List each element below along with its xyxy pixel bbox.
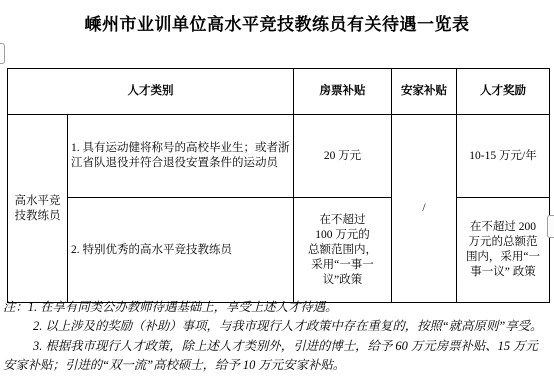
row1-category-cell: 1. 具有运动健将称号的高校毕业生；或者浙 江省队退役并符合退役安置条件的运动员 — [68, 115, 294, 198]
header-row: 人才类别 房票补贴 安家补贴 人才奖励 — [8, 69, 550, 115]
body-row-2: 2. 特别优秀的高水平竞技教练员 在不超过 100 万元的 总额范围内， 采用“… — [8, 198, 550, 303]
body-row-1: 高水平竞 技教练员 1. 具有运动健将称号的高校毕业生；或者浙 江省队退役并符合… — [8, 115, 550, 198]
header-housing-subsidy: 房票补贴 — [294, 69, 392, 115]
left-scrollbar-thumb[interactable] — [0, 43, 5, 64]
row1-housing-cell: 20 万元 — [294, 115, 392, 198]
group-label-cell: 高水平竞 技教练员 — [8, 115, 68, 303]
row2-housing-cell: 在不超过 100 万元的 总额范围内， 采用“一事一 议”政策 — [294, 198, 392, 303]
document-page: 嵊州市业训单位高水平竞技教练员有关待遇一览表 人才类别 房票补贴 安家补贴 人才… — [0, 0, 554, 376]
header-talent-reward: 人才奖励 — [457, 69, 550, 115]
note-2: 2. 以上涉及的奖励（补助）事项，与我市现行人才政策中存在重复的，按照“就高原则… — [3, 317, 552, 336]
header-talent-category: 人才类别 — [8, 69, 294, 115]
settling-merged-cell: / — [392, 115, 457, 303]
notes-section: 注：1. 在享有同类公办教师待遇基础上，享受上述人才待遇。 2. 以上涉及的奖励… — [3, 298, 552, 375]
row1-reward-cell: 10-15 万元/年 — [457, 115, 550, 198]
header-settling-subsidy: 安家补贴 — [392, 69, 457, 115]
row2-category-cell: 2. 特别优秀的高水平竞技教练员 — [68, 198, 294, 303]
treatment-table: 人才类别 房票补贴 安家补贴 人才奖励 高水平竞 技教练员 1. 具有运动健将称… — [7, 68, 550, 303]
note-3: 3. 根据我市现行人才政策，除上述人才类别外，引进的博士，给予 60 万元房票补… — [3, 337, 552, 376]
right-scrollbar-thumb[interactable] — [547, 215, 554, 238]
document-title: 嵊州市业训单位高水平竞技教练员有关待遇一览表 — [0, 12, 554, 38]
note-1: 注：1. 在享有同类公办教师待遇基础上，享受上述人才待遇。 — [3, 298, 552, 317]
row2-reward-cell: 在不超过 200 万元的总额范 围内，采用“一 事一议” 政策 — [457, 198, 550, 303]
